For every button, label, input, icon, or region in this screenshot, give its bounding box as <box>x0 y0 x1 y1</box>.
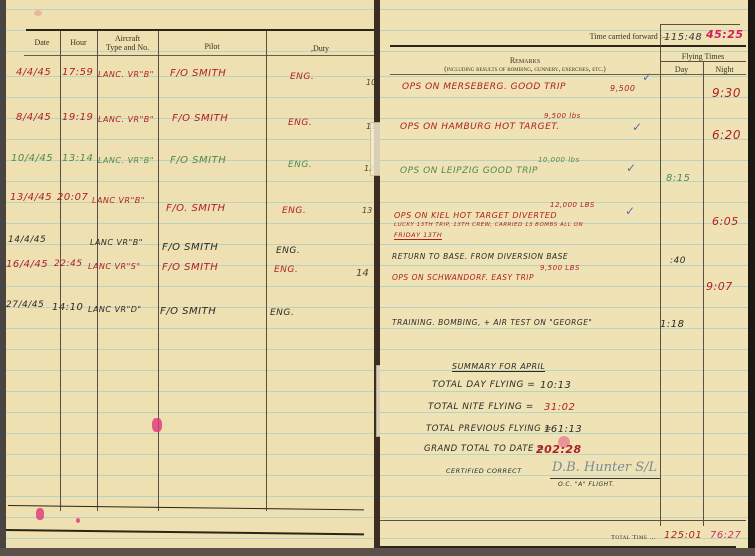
faded-stain <box>34 10 42 16</box>
night-time: 9:07 <box>706 280 733 293</box>
col-divider <box>60 31 61 511</box>
remark-text-line2: LUCKY 13TH TRIP, 13TH CREW, CARRIED 13 B… <box>394 222 583 228</box>
summary-previous-value: 161:13 <box>544 424 582 435</box>
carried-forward-label: Time carried forward :— <box>530 32 670 41</box>
summary-night-label: TOTAL NITE FLYING = <box>428 402 534 412</box>
entry-date: 10/4/45 <box>11 153 53 164</box>
header-bottom-rule <box>390 74 746 75</box>
header-flying-times: Flying Times <box>660 52 746 61</box>
entry-pilot: F/O SMITH <box>170 155 226 166</box>
col-divider <box>266 31 267 511</box>
entry-aircraft: LANC. VR"B" <box>98 115 154 124</box>
summary-grand-value: 202:28 <box>536 443 582 456</box>
certified-label: CERTIFIED CORRECT <box>446 467 522 475</box>
day-time: 8:15 <box>666 173 690 184</box>
entry-hour: 13:14 <box>62 153 93 164</box>
entry-number: 13 <box>362 206 372 215</box>
signatory-title: O.C. "A" FLIGHT. <box>558 481 615 488</box>
carried-forward-night: 45:25 <box>706 28 744 41</box>
header-remarks-label: Remarks <box>390 56 660 65</box>
remark-text-line3: FRIDAY 13TH <box>394 231 442 240</box>
carried-forward-box-top <box>660 24 740 25</box>
summary-grand-label: GRAND TOTAL TO DATE = <box>424 444 545 454</box>
summary-title: SUMMARY FOR APRIL <box>452 362 545 372</box>
remark-text: OPS ON HAMBURG HOT TARGET. <box>400 122 560 132</box>
header-date: Date <box>24 38 60 47</box>
entry-duty: ENG. <box>288 118 312 128</box>
header-top-rule <box>26 29 374 31</box>
night-time: 6:05 <box>712 215 739 228</box>
col-divider <box>158 31 159 511</box>
officer-signature: D.B. Hunter S/L <box>552 460 657 475</box>
check-mark-icon: ✓ <box>626 161 636 175</box>
ink-stain <box>152 418 162 432</box>
book-bottom-edge <box>0 548 755 556</box>
entry-duty: ENG. <box>288 160 312 170</box>
summary-day-label: TOTAL DAY FLYING = <box>432 380 535 390</box>
header-night: Night <box>703 65 746 74</box>
entry-aircraft: LANC VR"B" <box>90 238 143 247</box>
entry-pilot: F/O. SMITH <box>166 203 226 214</box>
entry-pilot: F/O SMITH <box>162 262 218 273</box>
entry-date: 16/4/45 <box>6 259 48 270</box>
entry-aircraft: LANC. VR"B" <box>98 156 154 165</box>
night-time: 6:20 <box>712 128 741 142</box>
carried-forward-day: 115:48 <box>664 32 702 43</box>
footer-rule <box>380 520 746 521</box>
entry-pilot: F/O SMITH <box>162 242 218 253</box>
total-day: 125:01 <box>664 530 702 541</box>
book-cover-edge-right <box>748 0 755 556</box>
entry-hour: 22:45 <box>54 259 82 269</box>
entry-date: 8/4/45 <box>16 112 51 123</box>
remark-text: OPS ON LEIPZIG GOOD TRIP <box>400 166 538 176</box>
col-divider-day <box>660 46 661 526</box>
night-time: 9:30 <box>712 86 741 100</box>
header-duty: ,Duty <box>266 44 374 53</box>
check-mark-icon: ✓ <box>642 70 652 84</box>
entry-pilot: F/O SMITH <box>172 113 228 124</box>
entry-hour: 14:10 <box>52 302 83 313</box>
summary-previous-label: TOTAL PREVIOUS FLYING = <box>426 424 552 434</box>
summary-day-value: 10:13 <box>540 380 571 391</box>
flying-times-divider <box>660 61 746 62</box>
header-remarks-sub: (including results of bombing, gunnery, … <box>390 65 660 74</box>
entry-pilot: F/O SMITH <box>160 306 216 317</box>
col-divider-night <box>703 62 704 526</box>
check-mark-icon: ✓ <box>625 204 635 218</box>
bomb-load: 9,500 <box>610 84 635 93</box>
entry-aircraft: LANC. VR"B" <box>98 70 154 79</box>
header-day: Day <box>660 65 703 74</box>
entry-aircraft: LANC VR"B" <box>92 196 145 205</box>
entry-hour: 17:59 <box>62 67 93 78</box>
remark-text: OPS ON SCHWANDORF. EASY TRIP <box>392 273 534 282</box>
footer-rule <box>8 505 364 510</box>
right-page: Time carried forward :— 115:48 45:25 Rem… <box>380 0 748 550</box>
day-time: 1:18 <box>660 319 684 330</box>
bomb-load: 10,000 lbs <box>538 156 580 164</box>
header-top-rule <box>390 45 746 47</box>
entry-duty: ENG. <box>276 246 300 256</box>
entry-duty: ENG. <box>282 206 306 216</box>
header-hour: Hour <box>60 38 97 47</box>
entry-number: 14 <box>356 268 369 279</box>
total-night: 76:27 <box>710 530 741 541</box>
remark-text: TRAINING. BOMBING, + AIR TEST ON "GEORGE… <box>392 318 592 327</box>
header-aircraft-label: Aircraft <box>97 34 158 43</box>
entry-duty: ENG. <box>270 308 294 318</box>
check-mark-icon: ✓ <box>632 120 642 134</box>
bomb-load: 12,000 LBS <box>550 201 595 209</box>
entry-date: 13/4/45 <box>10 192 52 203</box>
header-remarks: Remarks (including results of bombing, g… <box>390 56 660 74</box>
entry-duty: ENG. <box>274 265 298 275</box>
entry-date: 27/4/45 <box>6 300 44 310</box>
bomb-load: 9,500 lbs <box>544 112 581 120</box>
entry-duty: ENG. <box>290 72 314 82</box>
entry-aircraft: LANC VR"S" <box>88 262 141 271</box>
remark-text: OPS ON MERSEBERG. GOOD TRIP <box>402 82 566 92</box>
entry-hour: 19:19 <box>62 112 93 123</box>
entry-hour: 20:07 <box>57 192 88 203</box>
header-aircraft-sub: Type and No. <box>97 43 158 52</box>
entry-pilot: F/O SMITH <box>170 68 226 79</box>
summary-night-value: 31:02 <box>544 402 575 413</box>
header-bottom-rule <box>24 55 374 56</box>
header-pilot: Pilot <box>158 42 266 51</box>
logbook-spread: Date Hour Aircraft Type and No. Pilot ,D… <box>0 0 755 556</box>
entry-date: 4/4/45 <box>16 67 51 78</box>
left-page: Date Hour Aircraft Type and No. Pilot ,D… <box>6 0 374 550</box>
remark-text: OPS ON KIEL HOT TARGET DIVERTED <box>394 211 557 220</box>
entry-date: 14/4/45 <box>8 235 46 245</box>
footer-rule-bold <box>6 529 364 535</box>
ink-stain <box>76 518 80 523</box>
ink-stain <box>36 508 44 520</box>
signature-line <box>550 478 660 479</box>
day-time: :40 <box>670 256 686 266</box>
bomb-load: 9,500 LBS <box>540 264 580 272</box>
col-divider <box>660 24 661 46</box>
remark-text: RETURN TO BASE. FROM DIVERSION BASE <box>392 252 568 261</box>
col-divider <box>97 31 98 511</box>
header-aircraft: Aircraft Type and No. <box>97 34 158 52</box>
total-time-label: Total Time ... <box>560 533 656 542</box>
entry-aircraft: LANC VR"D" <box>88 305 142 314</box>
